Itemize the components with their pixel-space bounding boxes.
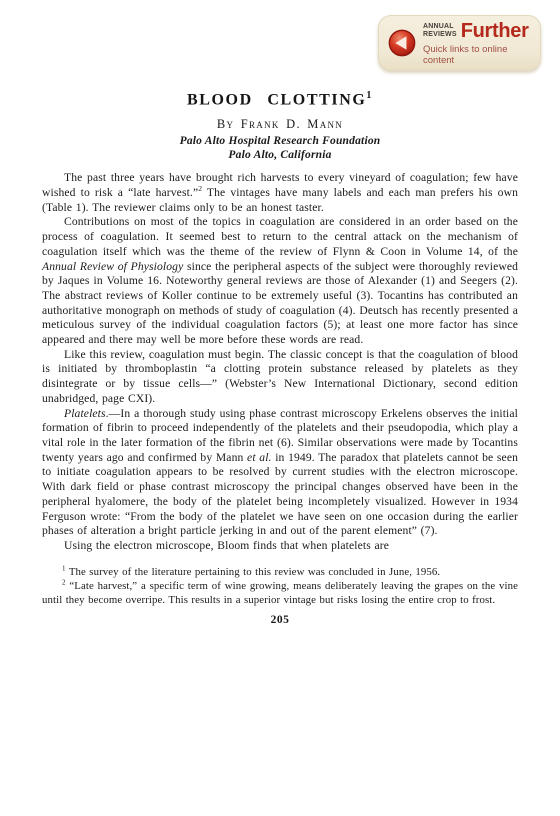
body-paragraph: Using the electron microscope, Bloom fin… xyxy=(42,539,518,554)
title-footnote-marker: 1 xyxy=(366,90,373,101)
annual-reviews-further-badge[interactable]: ANNUAL REVIEWS Further Quick links to on… xyxy=(378,15,541,71)
badge-text-block: ANNUAL REVIEWS Further Quick links to on… xyxy=(423,21,532,66)
article-body: The past three years have brought rich h… xyxy=(42,171,518,553)
badge-subtitle: Quick links to online content xyxy=(423,44,532,66)
body-paragraph: Contributions on most of the topics in c… xyxy=(42,215,518,347)
body-paragraph: Like this review, coagulation must begin… xyxy=(42,348,518,407)
article-title: BLOOD CLOTTING1 xyxy=(0,87,560,109)
journal-page: ANNUAL REVIEWS Further Quick links to on… xyxy=(0,0,560,816)
badge-brand-line1: ANNUAL xyxy=(423,23,457,31)
footnote: 2 “Late harvest,” a specific term of win… xyxy=(42,579,518,607)
affiliation-line-1: Palo Alto Hospital Research Foundation xyxy=(0,135,560,149)
page-number: 205 xyxy=(0,614,560,626)
body-paragraph: The past three years have brought rich h… xyxy=(42,171,518,215)
affiliation-line-2: Palo Alto, California xyxy=(0,149,560,163)
article-byline: By Frank D. Mann xyxy=(0,117,560,131)
footnotes-section: 1 The survey of the literature pertainin… xyxy=(42,565,518,607)
footnote: 1 The survey of the literature pertainin… xyxy=(42,565,518,579)
article-title-text: BLOOD CLOTTING xyxy=(187,91,366,108)
annual-reviews-wordmark: ANNUAL REVIEWS xyxy=(423,23,457,38)
badge-brand-line2: REVIEWS xyxy=(423,31,457,39)
badge-further-title: Further xyxy=(461,21,529,41)
body-paragraph: Platelets.—In a thorough study using pha… xyxy=(42,407,518,539)
play-arrow-icon[interactable] xyxy=(388,29,416,57)
